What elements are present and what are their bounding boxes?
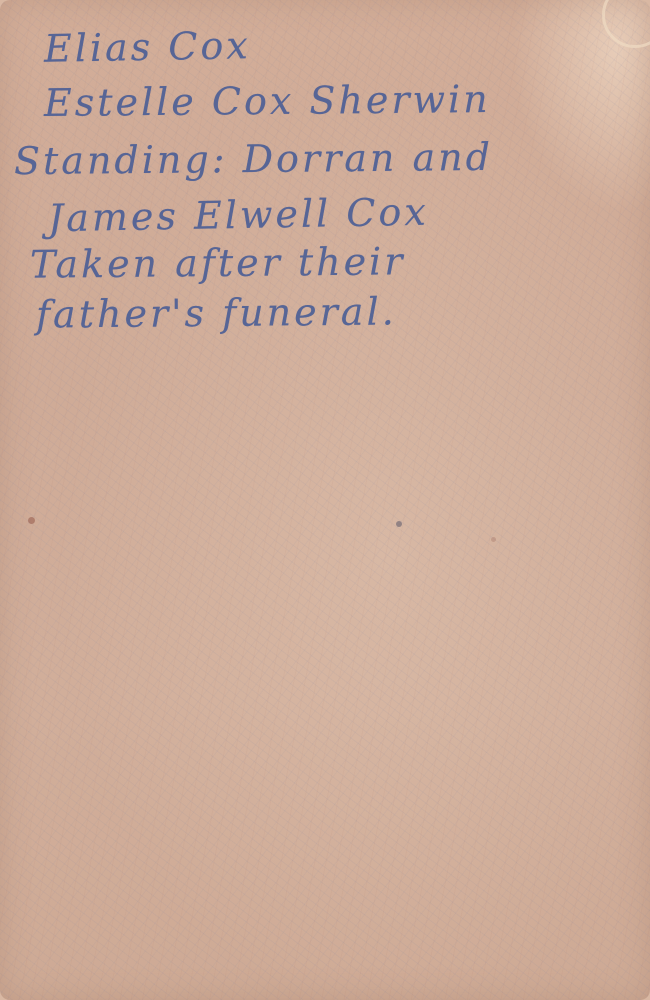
inscription-line-5: Taken after their [30, 242, 406, 283]
inscription-line-1: Elias Cox [44, 26, 251, 68]
inscription-line-3: Standing: Dorran and [14, 138, 493, 180]
stain-spot [396, 521, 402, 527]
inscription-line-2: Estelle Cox Sherwin [44, 80, 491, 122]
stain-spot [28, 517, 35, 524]
inscription-line-4: James Elwell Cox [48, 193, 429, 238]
corner-wear [602, 0, 650, 48]
stain-spot [491, 537, 496, 542]
photo-card-back: Elias Cox Estelle Cox Sherwin Standing: … [0, 0, 650, 1000]
inscription-line-6: father's funeral. [36, 292, 397, 333]
